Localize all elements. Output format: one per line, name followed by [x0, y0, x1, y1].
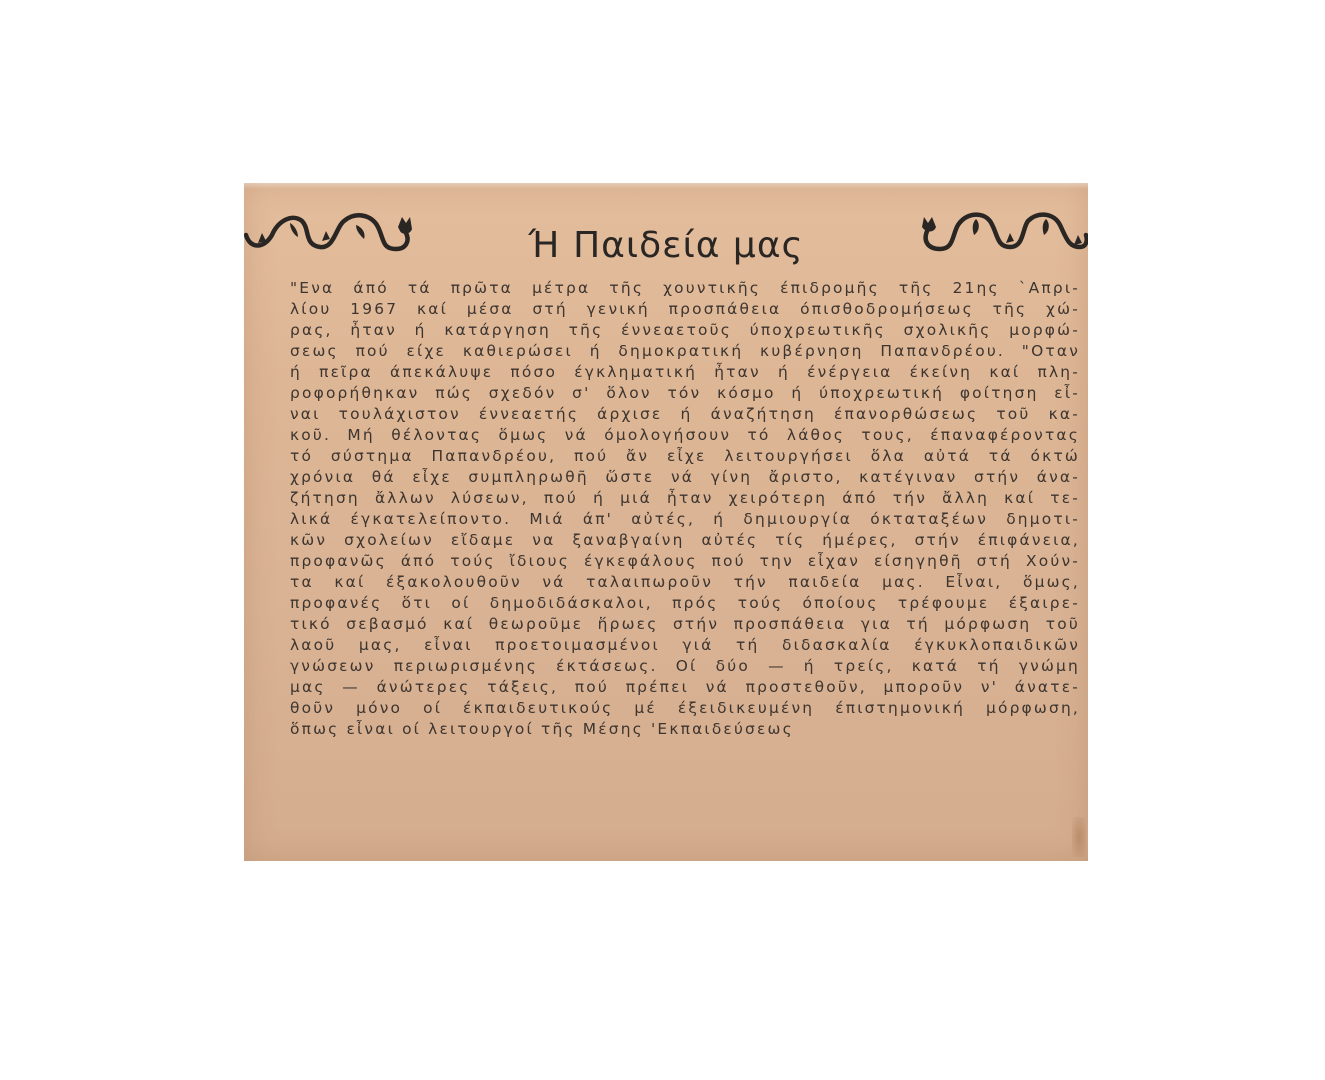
- text-line: γνώσεων περιωρισμένης έκτάσεως. Οί δύο —…: [290, 656, 1080, 677]
- text-line: λίου 1967 καί μέσα στή γενική προσπάθεια…: [290, 299, 1080, 320]
- text-line: προφανῶς άπό τούς ἴδιους έγκεφάλους πού …: [290, 551, 1080, 572]
- text-line: ναι τουλάχιστον έννεαετής άρχισε ή άναζή…: [290, 404, 1080, 425]
- text-line: ροφορήθηκαν πώς σχεδόν σ' ὅλον τόν κόσμο…: [290, 383, 1080, 404]
- text-line: χρόνια θά εἶχε συμπληρωθῆ ὥστε νά γίνη ἄ…: [290, 467, 1080, 488]
- text-line: κῶν σχολείων εἴδαμε να ξαναβγαίνη αὐτές …: [290, 530, 1080, 551]
- text-line: μας — άνώτερες τάξεις, πού πρέπει νά προ…: [290, 677, 1080, 698]
- text-line: σεως πού είχε καθιερώσει ή δημοκρατική κ…: [290, 341, 1080, 362]
- text-line: λικά έγκατελείποντο. Μιά άπ' αὐτές, ή δη…: [290, 509, 1080, 530]
- text-line: λαοῦ μας, εἶναι προετοιμασμένοι γιά τή δ…: [290, 635, 1080, 656]
- text-line: ὅπως εἶναι οί λειτουργοί τῆς Μέσης 'Εκπα…: [290, 719, 1080, 740]
- vine-ornament-right-icon: [918, 205, 1088, 255]
- text-line: κοῦ. Μή θέλοντας ὅμως νά όμολογήσουν τό …: [290, 425, 1080, 446]
- text-line: "Ενα άπό τά πρῶτα μέτρα τῆς χουντικῆς έπ…: [290, 278, 1080, 299]
- text-line: προφανές ὅτι οί δημοδιδάσκαλοι, πρός τού…: [290, 593, 1080, 614]
- text-line: θοῦν μόνο οί έκπαιδευτικούς μέ έξειδικευ…: [290, 698, 1080, 719]
- document-page: Ή Παιδεία μας "Ενα άπό τά πρῶτα μέτρα τῆ…: [244, 183, 1088, 861]
- text-line: τικό σεβασμό καί θεωροῦμε ἥρωες στήν προ…: [290, 614, 1080, 635]
- article-body: "Ενα άπό τά πρῶτα μέτρα τῆς χουντικῆς έπ…: [290, 278, 1080, 740]
- text-line: ζήτηση ἄλλων λύσεων, πού ή μιά ἦταν χειρ…: [290, 488, 1080, 509]
- text-line: τα καί έξακολουθοῦν νά ταλαιπωροῦν τήν π…: [290, 572, 1080, 593]
- text-line: ή πεῖρα άπεκάλυψε πόσο έγκληματική ἦταν …: [290, 362, 1080, 383]
- text-line: ρας, ἦταν ή κατάργηση τῆς έννεαετοῦς ύπο…: [290, 320, 1080, 341]
- text-line: τό σύστημα Παπανδρέου, πού ἄν εἶχε λειτο…: [290, 446, 1080, 467]
